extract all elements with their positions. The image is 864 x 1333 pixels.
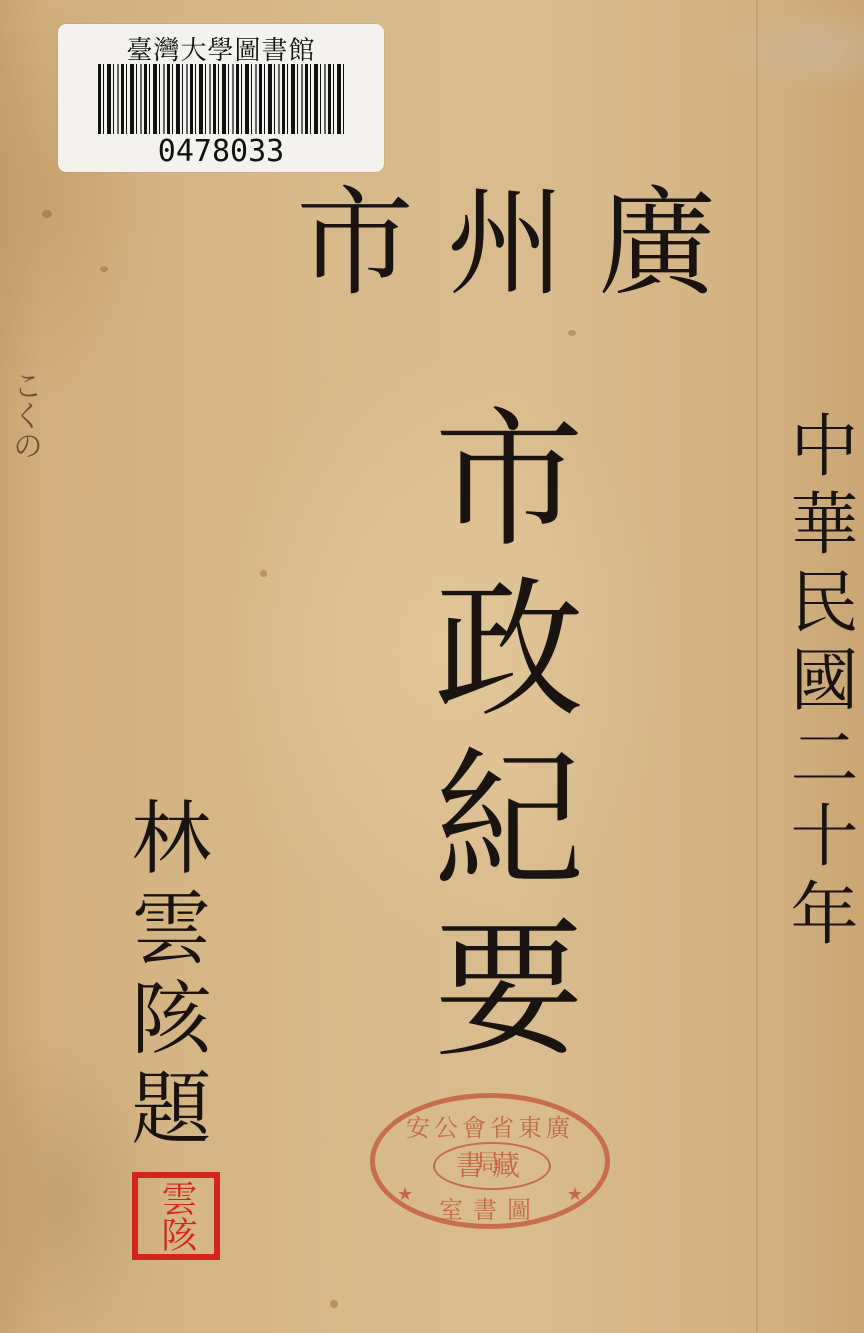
book-cover: こくの 臺灣大學圖書館 0478033 市 州 廣 市政紀要 中華民國二十年 林…: [0, 0, 864, 1333]
title-city: 市 州 廣: [296, 168, 716, 318]
title-city-char: 市: [296, 184, 414, 302]
library-oval-stamp: 廣東省會公安局 藏書 圖書室 ★ ★: [370, 1093, 610, 1229]
calligrapher-inscription: 林雲陔題: [124, 796, 204, 1156]
paper-stain: [42, 210, 52, 218]
paper-stain: [100, 266, 108, 272]
paper-stain: [260, 570, 267, 577]
star-icon: ★: [397, 1184, 413, 1205]
paper-stain: [330, 1300, 338, 1308]
publication-date: 中華民國二十年: [784, 410, 852, 956]
book-title: 市政紀要: [420, 400, 570, 1080]
library-name: 臺灣大學圖書館: [58, 30, 384, 67]
title-city-char: 廣: [598, 184, 716, 302]
stamp-center-text: 藏書: [433, 1142, 551, 1190]
star-icon: ★: [567, 1184, 583, 1205]
seal-text: 雲陔: [158, 1180, 194, 1252]
library-barcode-label: 臺灣大學圖書館 0478033: [58, 24, 384, 172]
barcode-icon: [98, 64, 344, 134]
stamp-bottom-text: 圖書室: [425, 1190, 555, 1225]
red-square-seal: 雲陔: [132, 1172, 220, 1260]
cover-fold-line: [756, 0, 758, 1333]
margin-handwriting: こくの: [2, 370, 46, 460]
barcode-number: 0478033: [58, 134, 384, 169]
title-city-char: 州: [447, 184, 565, 302]
paper-stain: [568, 330, 576, 336]
